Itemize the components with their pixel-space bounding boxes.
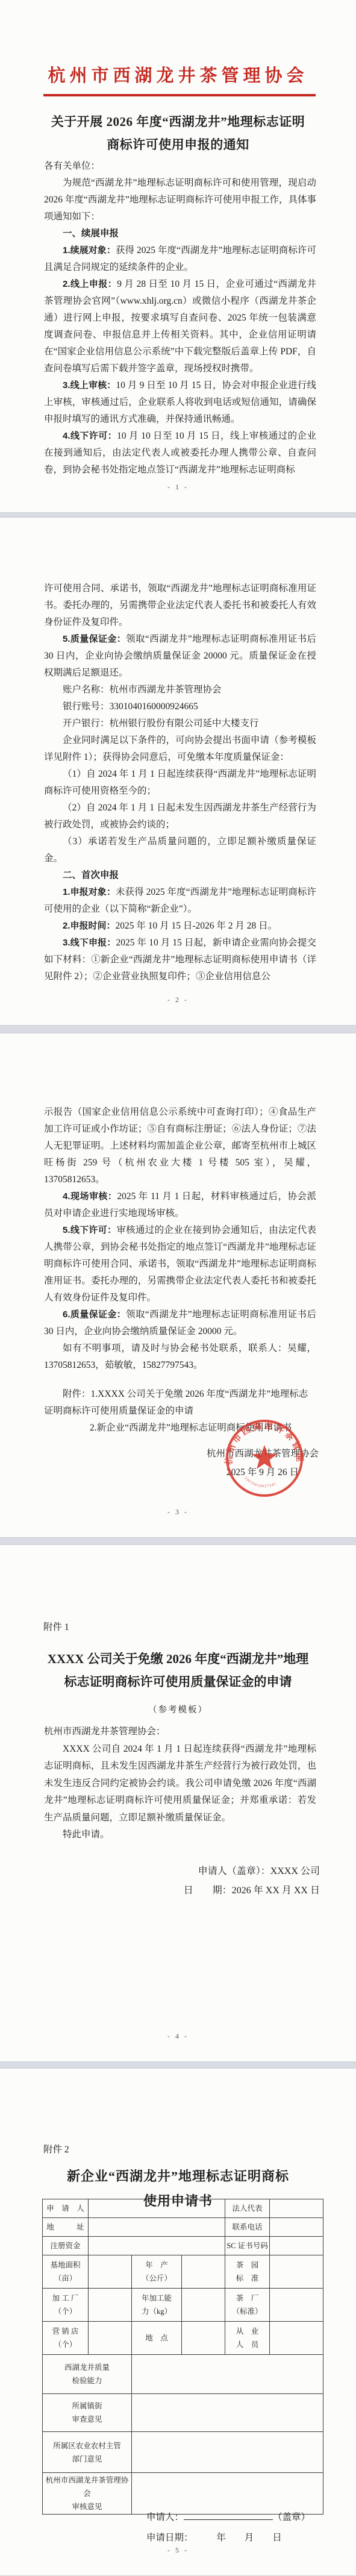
form-label-stores: 营 销 店 （个） <box>43 2322 89 2355</box>
attachment1-title-line1: XXXX 公司关于免缴 2026 年度“西湖龙井”地理 <box>18 1647 338 1670</box>
page-4: 附件 1 XXXX 公司关于免缴 2026 年度“西湖龙井”地理 标志证明商标许… <box>0 1545 356 2061</box>
paragraph-lead: 1.申报对象： <box>63 887 116 897</box>
waiver-condition-2: （2）自 2024 年 1 月 1 日起未发生因西湖龙井茶生产经营行为被行政处罚… <box>44 800 316 833</box>
notice-title-line1: 关于开展 2026 年度“西湖龙井”地理标志证明 <box>24 110 332 133</box>
form-blank-cell <box>132 2473 323 2515</box>
attachment1-title: XXXX 公司关于免缴 2026 年度“西湖龙井”地理 标志证明商标许可使用质量… <box>18 1647 338 1693</box>
form-blank-cell <box>89 2237 225 2255</box>
form-blank-cell <box>132 2394 323 2432</box>
table-row: 注册资金 SC 证书号码 <box>43 2237 323 2255</box>
form-blank-cell <box>89 2289 132 2322</box>
attachment1-closing: 特此申请。 <box>44 1826 316 1844</box>
paragraph-lead: 3.线下申报： <box>63 938 116 948</box>
site-review-paragraph: 4.现场审核：2025 年 11 月 1 日起，材料审核通过后，协会派员对申请企… <box>44 1188 316 1222</box>
paragraph-lead: 4.现场审核： <box>63 1191 117 1202</box>
form-label-annual-output: 年 产 （公斤） <box>132 2255 182 2289</box>
attachment1-body: 杭州市西湖龙井茶管理协会： XXXX 公司自 2024 年 1 月 1 日起连续… <box>44 1723 316 1844</box>
intro-paragraph: 为规范“西湖龙井”地理标志证明商标许可和使用管理，现启动 2026 年度“西湖龙… <box>44 175 316 225</box>
form-label-applicant: 申 请 人 <box>43 2199 89 2218</box>
form-label-base-area: 基地面积 （亩） <box>43 2255 89 2289</box>
signature-org: 杭州市西湖龙井茶管理协会 <box>207 1444 319 1463</box>
form-label-town-opinion: 所属镇街 审查意见 <box>43 2394 132 2432</box>
paragraph-lead: 4.线下许可： <box>63 431 117 441</box>
renewal-target-paragraph: 1.续展对象：获得 2025 年度“西湖龙井”地理标志证明商标许可且满足合同规定… <box>44 242 316 276</box>
form-label-legal-rep: 法人代表 <box>225 2199 270 2218</box>
form-label-employees: 从 业 人 员 <box>225 2322 270 2355</box>
online-application-paragraph: 2.线上申报：9 月 28 日至 10 月 15 日，企业可通过“西湖龙井茶管理… <box>44 276 316 377</box>
continuation-paragraph: 许可使用合同、承诺书，领取“西湖龙井”地理标志证明商标准用证书。委托办理的，另需… <box>44 580 316 631</box>
bank-account-number: 银行账号：3301040160000924665 <box>44 698 316 715</box>
attachment-item-1-line1: 附件：1.XXXX 公司关于免缴 2026 年度“西湖龙井”地理标志 <box>44 1386 316 1403</box>
form-label-garden-standard: 茶 园 标 准 <box>225 2255 270 2289</box>
form-blank-cell <box>270 2218 323 2237</box>
first-apply-target-paragraph: 1.申报对象：未获得 2025 年度“西湖龙井”地理标志证明商标许可使用的企业（… <box>44 884 316 918</box>
form-label-location: 地 点 <box>132 2322 182 2355</box>
form-label-processing-capacity: 年加工能 力（kg） <box>132 2289 182 2322</box>
page-2: 许可使用合同、承诺书，领取“西湖龙井”地理标志证明商标准用证书。委托办理的，另需… <box>0 518 356 1025</box>
paragraph-lead: 5.质量保证金： <box>63 634 126 644</box>
bank-branch: 开户银行：杭州银行股份有限公司延中大楼支行 <box>44 715 316 732</box>
waiver-intro-paragraph: 企业同时满足以下条件的，可向协会提出书面申请（参考模板详见附件 1）；获得协会同… <box>44 732 316 766</box>
form-label-association-opinion: 杭州市西湖龙井茶管理协会 审核意见 <box>43 2473 132 2515</box>
table-row: 所属镇街 审查意见 <box>43 2394 323 2432</box>
materials-continuation-paragraph: 示报告（国家企业信用信息公示系统中可查询打印）；④食品生产加工许可证或小作坊证；… <box>44 1104 316 1188</box>
table-row: 申 请 人 法人代表 <box>43 2199 323 2218</box>
attachment1-salutation: 杭州市西湖龙井茶管理协会： <box>44 1723 316 1741</box>
form-label-sc-certificate: SC 证书号码 <box>225 2237 270 2255</box>
form-label-factories: 加 工 厂 （个） <box>43 2289 89 2322</box>
paragraph-lead: 6.质量保证金： <box>63 1309 126 1320</box>
form-blank-cell <box>89 2199 225 2218</box>
form-blank-cell <box>182 2255 225 2289</box>
page1-body: 各有关单位： 为规范“西湖龙井”地理标志证明商标许可和使用管理，现启动 2026… <box>44 158 316 478</box>
form-blank-cell <box>182 2289 225 2322</box>
table-row: 地 址 联系电话 <box>43 2218 323 2237</box>
attachment-item-2: 2.新企业“西湖龙井”地理标志证明商标使用申请书 <box>44 1420 316 1437</box>
form-seal-suffix: （盖章） <box>273 2512 310 2522</box>
form-blank-cell <box>270 2237 323 2255</box>
waiver-condition-1: （1）自 2024 年 1 月 1 日起连续获得“西湖龙井”地理标志证明商标许可… <box>44 766 316 800</box>
signature-block: 杭州市西湖龙井茶管理协会 2025 年 9 月 26 日 <box>207 1444 319 1482</box>
salutation: 各有关单位： <box>44 158 316 175</box>
page-number: - 5 - <box>0 2546 356 2555</box>
applicant-seal-line: 申请人（盖章）：XXXX 公司 <box>198 1863 320 1877</box>
table-row: 基地面积 （亩） 年 产 （公斤） 茶 园 标 准 <box>43 2255 323 2289</box>
apply-time-paragraph: 2.申报时间：2025 年 10 月 15 日-2026 年 2 月 28 日。 <box>44 918 316 935</box>
contact-paragraph: 如有不明事项，请及时与协会秘书处联系，联系人：吴耀，13705812653，茹敏… <box>44 1340 316 1374</box>
page-3: 示报告（国家企业信用信息公示系统中可查询打印）；④食品生产加工许可证或小作坊证；… <box>0 1033 356 1537</box>
form-label-factory-standard: 茶 厂 （标准） <box>225 2289 270 2322</box>
attachment-item-1-line2: 证明商标许可使用质量保证金的申请 <box>44 1403 316 1420</box>
attachment1-title-line2: 标志证明商标许可使用质量保证金的申请 <box>18 1670 338 1693</box>
paragraph-text: 2025 年 10 月 15 日-2026 年 2 月 28 日。 <box>116 921 278 931</box>
attachment-list: 附件：1.XXXX 公司关于免缴 2026 年度“西湖龙井”地理标志 证明商标许… <box>44 1386 316 1437</box>
form-blank-cell <box>89 2255 132 2289</box>
page-number: - 2 - <box>0 995 356 1004</box>
offline-license2-paragraph: 5.线下许可：审核通过的企业在接到协会通知后，由法定代表人携带公章，到协会秘书处… <box>44 1222 316 1306</box>
paragraph-lead: 2.线上申报： <box>63 279 117 289</box>
signature-blank-line <box>184 2511 273 2520</box>
applicant-date-line: 日 期：2026 年 XX 月 XX 日 <box>184 1882 320 1896</box>
section1-heading: 一、续展申报 <box>44 225 316 242</box>
application-form-table: 申 请 人 法人代表 地 址 联系电话 注册资金 SC 证书号码 基地面积 （亩… <box>42 2199 323 2515</box>
paragraph-lead: 1.续展对象： <box>63 245 116 255</box>
attachment2-title-line1: 新企业“西湖龙井”地理标志证明商标 <box>18 2164 338 2189</box>
table-row: 西湖龙井质量 检验能力 <box>43 2355 323 2394</box>
form-blank-cell <box>89 2322 132 2355</box>
attachment1-paragraph: XXXX 公司自 2024 年 1 月 1 日起连续获得“西湖龙井”地理标志证明… <box>44 1741 316 1827</box>
paragraph-lead: 5.线下许可： <box>63 1225 116 1235</box>
section2-heading: 二、首次申报 <box>44 867 316 884</box>
notice-title-line2: 商标许可使用申报的通知 <box>24 133 332 156</box>
form-blank-cell <box>89 2218 225 2237</box>
page-number: - 1 - <box>0 483 356 492</box>
page-1: 杭州市西湖龙井茶管理协会 关于开展 2026 年度“西湖龙井”地理标志证明 商标… <box>0 0 356 512</box>
signature-date: 2025 年 9 月 26 日 <box>207 1463 319 1482</box>
offline-license-paragraph: 4.线下许可：10 月 10 日至 10 月 15 日，线上审核通过的企业在接到… <box>44 428 316 478</box>
letterhead-title: 杭州市西湖龙井茶管理协会 <box>0 62 356 87</box>
page-number: - 3 - <box>0 1508 356 1517</box>
form-label-registered-capital: 注册资金 <box>43 2237 89 2255</box>
page-number: - 4 - <box>0 2032 356 2041</box>
attachment1-label: 附件 1 <box>43 1620 69 1633</box>
bank-account-name: 账户名称：杭州市西湖龙井茶管理协会 <box>44 682 316 698</box>
form-label-quality-inspection: 西湖龙井质量 检验能力 <box>43 2355 132 2394</box>
form-label-address: 地 址 <box>43 2218 89 2237</box>
table-row: 加 工 厂 （个） 年加工能 力（kg） 茶 厂 （标准） <box>43 2289 323 2322</box>
form-label-phone: 联系电话 <box>225 2218 270 2237</box>
page2-body: 许可使用合同、承诺书，领取“西湖龙井”地理标志证明商标准用证书。委托办理的，另需… <box>44 580 316 985</box>
form-blank-cell <box>182 2322 225 2355</box>
table-row: 所属区农业农村主管 部门意见 <box>43 2432 323 2473</box>
table-row: 杭州市西湖龙井茶管理协会 审核意见 <box>43 2473 323 2515</box>
attachment2-label: 附件 2 <box>43 2142 69 2155</box>
attachment1-subtitle: （参考模板） <box>0 1703 356 1716</box>
form-applicant-label: 申请人： <box>146 2512 184 2522</box>
document-scan: 杭州市西湖龙井茶管理协会 关于开展 2026 年度“西湖龙井”地理标志证明 商标… <box>0 0 356 2575</box>
letterhead-divider <box>43 94 316 96</box>
table-row: 营 销 店 （个） 地 点 从 业 人 员 <box>43 2322 323 2355</box>
form-blank-cell <box>270 2289 323 2322</box>
paragraph-lead: 2.申报时间： <box>63 921 116 931</box>
form-applicant-sign-line: 申请人：（盖章） <box>146 2510 310 2523</box>
form-blank-cell <box>132 2432 323 2473</box>
online-review-paragraph: 3.线上审核：10 月 9 日至 10 月 15 日，协会对申报企业进行线上审核… <box>44 377 316 428</box>
form-blank-cell <box>270 2199 323 2218</box>
waiver-condition-3: （3）承诺若发生产品质量问题的，立即足额补缴质量保证金。 <box>44 833 316 867</box>
paragraph-lead: 3.线上审核： <box>63 380 116 390</box>
page3-body: 示报告（国家企业信用信息公示系统中可查询打印）；④食品生产加工许可证或小作坊证；… <box>44 1104 316 1437</box>
notice-title: 关于开展 2026 年度“西湖龙井”地理标志证明 商标许可使用申报的通知 <box>24 110 332 156</box>
paragraph-text: 审核通过的企业在接到协会通知后，由法定代表人携带公章，到协会秘书处指定的地点签订… <box>44 1225 316 1303</box>
form-date-line: 申请日期： 年 月 日 <box>146 2530 282 2543</box>
page-5: 附件 2 新企业“西湖龙井”地理标志证明商标 使用申请书 申 请 人 法人代表 … <box>0 2069 356 2575</box>
form-blank-cell <box>132 2355 323 2394</box>
paragraph-text: 9 月 28 日至 10 月 15 日，企业可通过“西湖龙井茶管理协会官网”（w… <box>44 279 316 374</box>
deposit2-paragraph: 6.质量保证金：领取“西湖龙井”地理标志证明商标准用证书后 30 日内，企业向协… <box>44 1306 316 1340</box>
form-blank-cell <box>270 2255 323 2289</box>
form-blank-cell <box>270 2322 323 2355</box>
deposit-paragraph: 5.质量保证金：领取“西湖龙井”地理标志证明商标准用证书后 30 日内，企业向协… <box>44 631 316 682</box>
offline-apply-paragraph: 3.线下申报：2025 年 10 月 15 日起，新申请企业需向协会提交如下材料… <box>44 935 316 985</box>
form-label-district-opinion: 所属区农业农村主管 部门意见 <box>43 2432 132 2473</box>
